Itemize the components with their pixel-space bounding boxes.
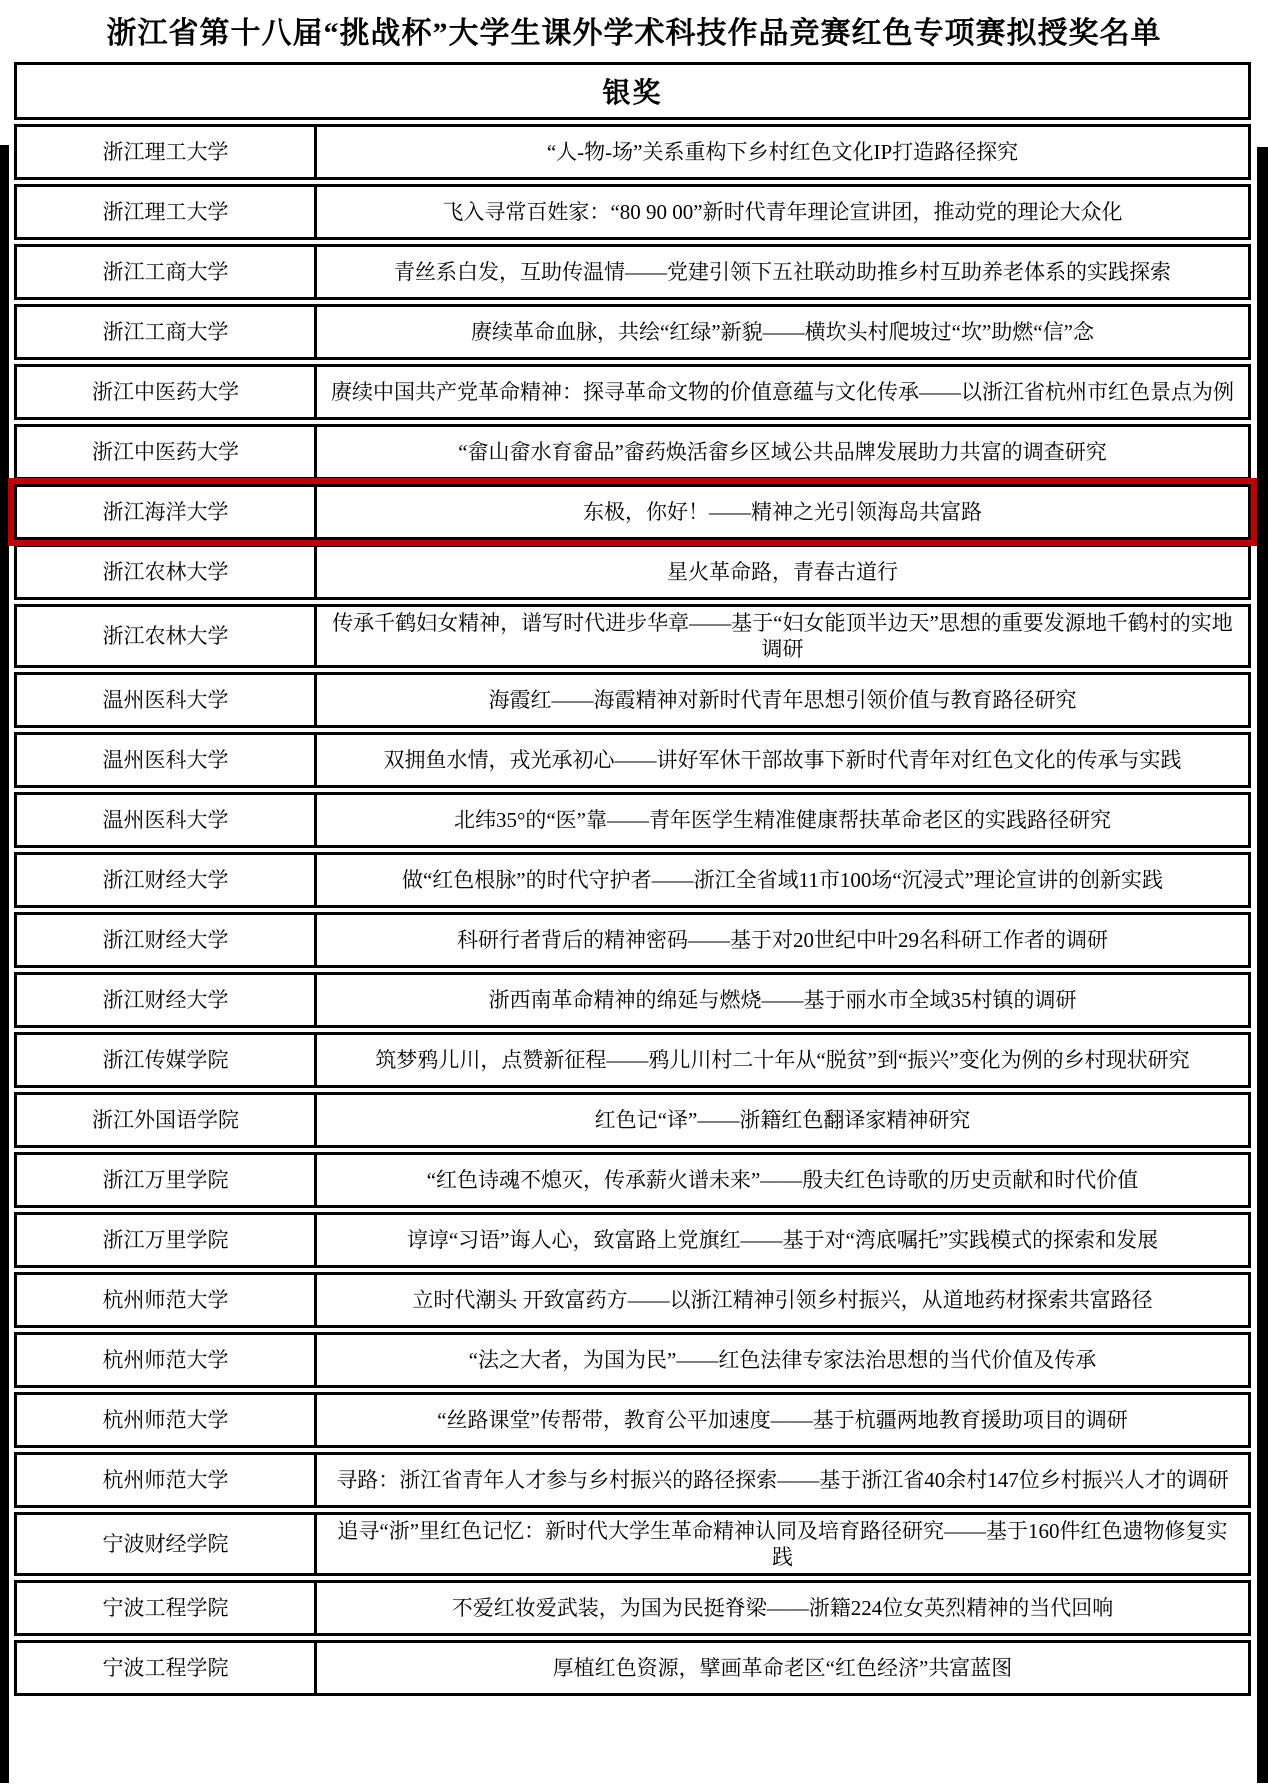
page-title: 浙江省第十八届“挑战杯”大学生课外学术科技作品竞赛红色专项赛拟授奖名单 <box>0 0 1268 52</box>
university-cell: 浙江财经大学 <box>17 915 317 965</box>
project-title-cell: 星火革命路，青春古道行 <box>317 547 1248 597</box>
university-cell: 杭州师范大学 <box>17 1395 317 1445</box>
table-row: 温州医科大学 海霞红——海霞精神对新时代青年思想引领价值与教育路径研究 <box>14 672 1251 728</box>
table-row: 杭州师范大学 “法之大者，为国为民”——红色法律专家法治思想的当代价值及传承 <box>14 1332 1251 1388</box>
project-title-cell: 不爱红妆爱武装，为国为民挺脊梁——浙籍224位女英烈精神的当代回响 <box>317 1583 1248 1633</box>
university-cell: 宁波工程学院 <box>17 1643 317 1693</box>
table-row: 浙江中医药大学 “畲山畲水育畲品”畲药焕活畲乡区域公共品牌发展助力共富的调查研究 <box>14 424 1251 480</box>
table-row: 浙江理工大学 飞入寻常百姓家：“80 90 00”新时代青年理论宣讲团，推动党的… <box>14 184 1251 240</box>
university-cell: 浙江理工大学 <box>17 187 317 237</box>
document-page: 浙江省第十八届“挑战杯”大学生课外学术科技作品竞赛红色专项赛拟授奖名单 银奖 浙… <box>0 0 1268 1792</box>
table-row: 浙江财经大学 做“红色根脉”的时代守护者——浙江全省域11市100场“沉浸式”理… <box>14 852 1251 908</box>
university-cell: 温州医科大学 <box>17 795 317 845</box>
table-row: 浙江万里学院 谆谆“习语”诲人心，致富路上党旗红——基于对“湾底嘱托”实践模式的… <box>14 1212 1251 1268</box>
project-title-cell: 寻路：浙江省青年人才参与乡村振兴的路径探索——基于浙江省40余村147位乡村振兴… <box>317 1455 1248 1505</box>
scan-edge-right <box>1257 147 1268 1783</box>
university-cell: 浙江财经大学 <box>17 855 317 905</box>
project-title-cell: 谆谆“习语”诲人心，致富路上党旗红——基于对“湾底嘱托”实践模式的探索和发展 <box>317 1215 1248 1265</box>
table-row: 浙江财经大学 浙西南革命精神的绵延与燃烧——基于丽水市全域35村镇的调研 <box>14 972 1251 1028</box>
table-row: 浙江农林大学 传承千鹤妇女精神，谱写时代进步华章——基于“妇女能顶半边天”思想的… <box>14 604 1251 668</box>
project-title-cell: “畲山畲水育畲品”畲药焕活畲乡区域公共品牌发展助力共富的调查研究 <box>317 427 1248 477</box>
university-cell: 浙江万里学院 <box>17 1215 317 1265</box>
project-title-cell: 厚植红色资源，擘画革命老区“红色经济”共富蓝图 <box>317 1643 1248 1693</box>
project-title-cell: “丝路课堂”传帮带，教育公平加速度——基于杭疆两地教育援助项目的调研 <box>317 1395 1248 1445</box>
university-cell: 杭州师范大学 <box>17 1335 317 1385</box>
award-table: 银奖 浙江理工大学 “人-物-场”关系重构下乡村红色文化IP打造路径探究 浙江理… <box>14 62 1251 1696</box>
project-title-cell: 做“红色根脉”的时代守护者——浙江全省域11市100场“沉浸式”理论宣讲的创新实… <box>317 855 1248 905</box>
university-cell: 浙江农林大学 <box>17 607 317 665</box>
university-cell: 宁波财经学院 <box>17 1515 317 1573</box>
table-row: 浙江财经大学 科研行者背后的精神密码——基于对20世纪中叶29名科研工作者的调研 <box>14 912 1251 968</box>
university-cell: 浙江海洋大学 <box>17 487 317 537</box>
university-cell: 浙江外国语学院 <box>17 1095 317 1145</box>
table-row: 宁波工程学院 不爱红妆爱武装，为国为民挺脊梁——浙籍224位女英烈精神的当代回响 <box>14 1580 1251 1636</box>
university-cell: 温州医科大学 <box>17 675 317 725</box>
table-row: 杭州师范大学 “丝路课堂”传帮带，教育公平加速度——基于杭疆两地教育援助项目的调… <box>14 1392 1251 1448</box>
university-cell: 浙江工商大学 <box>17 247 317 297</box>
project-title-cell: 浙西南革命精神的绵延与燃烧——基于丽水市全域35村镇的调研 <box>317 975 1248 1025</box>
table-row: 杭州师范大学 立时代潮头 开致富药方——以浙江精神引领乡村振兴，从道地药材探索共… <box>14 1272 1251 1328</box>
university-cell: 浙江农林大学 <box>17 547 317 597</box>
table-row: 浙江理工大学 “人-物-场”关系重构下乡村红色文化IP打造路径探究 <box>14 124 1251 180</box>
table-row: 浙江农林大学 星火革命路，青春古道行 <box>14 544 1251 600</box>
scan-edge-left <box>0 145 9 1783</box>
award-rows: 浙江理工大学 “人-物-场”关系重构下乡村红色文化IP打造路径探究 浙江理工大学… <box>14 124 1251 1696</box>
project-title-cell: 赓续中国共产党革命精神：探寻革命文物的价值意蕴与文化传承——以浙江省杭州市红色景… <box>317 367 1248 417</box>
table-row: 宁波财经学院 追寻“浙”里红色记忆：新时代大学生革命精神认同及培育路径研究——基… <box>14 1512 1251 1576</box>
project-title-cell: 青丝系白发，互助传温情——党建引领下五社联动助推乡村互助养老体系的实践探索 <box>317 247 1248 297</box>
university-cell: 浙江工商大学 <box>17 307 317 357</box>
project-title-cell: 东极，你好！——精神之光引领海岛共富路 <box>317 487 1248 537</box>
university-cell: 浙江财经大学 <box>17 975 317 1025</box>
table-row: 浙江工商大学 赓续革命血脉，共绘“红绿”新貌——横坎头村爬坡过“坎”助燃“信”念 <box>14 304 1251 360</box>
table-row: 浙江万里学院 “红色诗魂不熄灭，传承薪火谱未来”——殷夫红色诗歌的历史贡献和时代… <box>14 1152 1251 1208</box>
project-title-cell: “红色诗魂不熄灭，传承薪火谱未来”——殷夫红色诗歌的历史贡献和时代价值 <box>317 1155 1248 1205</box>
university-cell: 宁波工程学院 <box>17 1583 317 1633</box>
university-cell: 杭州师范大学 <box>17 1455 317 1505</box>
university-cell: 浙江传媒学院 <box>17 1035 317 1085</box>
university-cell: 浙江中医药大学 <box>17 367 317 417</box>
project-title-cell: 筑梦鸦儿川，点赞新征程——鸦儿川村二十年从“脱贫”到“振兴”变化为例的乡村现状研… <box>317 1035 1248 1085</box>
university-cell: 温州医科大学 <box>17 735 317 785</box>
table-row: 浙江传媒学院 筑梦鸦儿川，点赞新征程——鸦儿川村二十年从“脱贫”到“振兴”变化为… <box>14 1032 1251 1088</box>
table-row: 杭州师范大学 寻路：浙江省青年人才参与乡村振兴的路径探索——基于浙江省40余村1… <box>14 1452 1251 1508</box>
table-row: 浙江工商大学 青丝系白发，互助传温情——党建引领下五社联动助推乡村互助养老体系的… <box>14 244 1251 300</box>
table-row-highlighted: 浙江海洋大学 东极，你好！——精神之光引领海岛共富路 <box>14 484 1251 540</box>
university-cell: 杭州师范大学 <box>17 1275 317 1325</box>
table-row: 温州医科大学 双拥鱼水情，戎光承初心——讲好军休干部故事下新时代青年对红色文化的… <box>14 732 1251 788</box>
university-cell: 浙江万里学院 <box>17 1155 317 1205</box>
project-title-cell: 追寻“浙”里红色记忆：新时代大学生革命精神认同及培育路径研究——基于160件红色… <box>317 1515 1248 1573</box>
table-row: 宁波工程学院 厚植红色资源，擘画革命老区“红色经济”共富蓝图 <box>14 1640 1251 1696</box>
project-title-cell: 立时代潮头 开致富药方——以浙江精神引领乡村振兴，从道地药材探索共富路径 <box>317 1275 1248 1325</box>
project-title-cell: 双拥鱼水情，戎光承初心——讲好军休干部故事下新时代青年对红色文化的传承与实践 <box>317 735 1248 785</box>
table-row: 浙江中医药大学 赓续中国共产党革命精神：探寻革命文物的价值意蕴与文化传承——以浙… <box>14 364 1251 420</box>
project-title-cell: “人-物-场”关系重构下乡村红色文化IP打造路径探究 <box>317 127 1248 177</box>
table-row: 温州医科大学 北纬35°的“医”靠——青年医学生精准健康帮扶革命老区的实践路径研… <box>14 792 1251 848</box>
project-title-cell: 红色记“译”——浙籍红色翻译家精神研究 <box>317 1095 1248 1145</box>
university-cell: 浙江中医药大学 <box>17 427 317 477</box>
project-title-cell: 赓续革命血脉，共绘“红绿”新貌——横坎头村爬坡过“坎”助燃“信”念 <box>317 307 1248 357</box>
project-title-cell: 传承千鹤妇女精神，谱写时代进步华章——基于“妇女能顶半边天”思想的重要发源地千鹤… <box>317 607 1248 665</box>
project-title-cell: 飞入寻常百姓家：“80 90 00”新时代青年理论宣讲团，推动党的理论大众化 <box>317 187 1248 237</box>
award-section-header: 银奖 <box>14 62 1251 120</box>
university-cell: 浙江理工大学 <box>17 127 317 177</box>
project-title-cell: “法之大者，为国为民”——红色法律专家法治思想的当代价值及传承 <box>317 1335 1248 1385</box>
table-row: 浙江外国语学院 红色记“译”——浙籍红色翻译家精神研究 <box>14 1092 1251 1148</box>
project-title-cell: 北纬35°的“医”靠——青年医学生精准健康帮扶革命老区的实践路径研究 <box>317 795 1248 845</box>
project-title-cell: 海霞红——海霞精神对新时代青年思想引领价值与教育路径研究 <box>317 675 1248 725</box>
project-title-cell: 科研行者背后的精神密码——基于对20世纪中叶29名科研工作者的调研 <box>317 915 1248 965</box>
